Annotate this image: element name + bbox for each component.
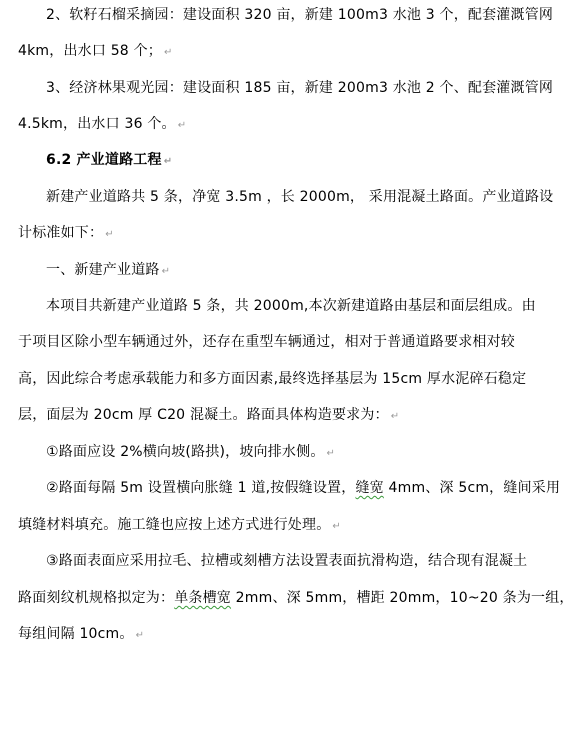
text-line-project-2: 于项目区除小型车辆通过外，还存在重型车辆通过，相对于普通道路要求相对较 <box>18 333 515 351</box>
text-line-req-3-cont: 路面刻纹机规格拟定为：单条槽宽 2mm、深 5mm，槽距 20mm，10~20 … <box>18 589 574 607</box>
line-text: 每组间隔 10cm。 <box>18 626 134 642</box>
paragraph-mark-icon: ↵ <box>105 229 114 240</box>
text-line-req-1: ①路面应设 2%横向坡(路拱)，坡向排水侧。↵ <box>46 443 335 463</box>
line-text: 于项目区除小型车辆通过外，还存在重型车辆通过，相对于普通道路要求相对较 <box>18 334 515 350</box>
line-text: 4km，出水口 58 个； <box>18 43 162 59</box>
paragraph-mark-icon: ↵ <box>327 448 336 459</box>
text-line-req-2-cont: 填缝材料填充。施工缝也应按上述方式进行处理。↵ <box>18 516 341 536</box>
line-text: ②路面每隔 5m 设置横向胀缝 1 道,按假缝设置， <box>46 480 355 496</box>
line-text: 2、软籽石榴采摘园：建设面积 320 亩，新建 100m3 水池 3 个，配套灌… <box>46 7 553 23</box>
line-text: 计标准如下： <box>18 225 103 241</box>
line-text: ③路面表面应采用拉毛、拉槽或刻槽方法设置表面抗滑构造，结合现有混凝土 <box>46 553 527 569</box>
line-text: 4.5km，出水口 36 个。 <box>18 116 176 132</box>
text-line-req-2: ②路面每隔 5m 设置横向胀缝 1 道,按假缝设置，缝宽 4mm、深 5cm，缝… <box>46 479 560 497</box>
line-text: 4mm、深 5cm，缝间采用 <box>384 480 560 496</box>
text-line-garden-2: 2、软籽石榴采摘园：建设面积 320 亩，新建 100m3 水池 3 个，配套灌… <box>46 6 553 24</box>
line-text: 层，面层为 20cm 厚 C20 混凝土。路面具体构造要求为： <box>18 407 389 423</box>
line-text: 2mm、深 5mm，槽距 20mm，10~20 条为一组， <box>231 590 574 606</box>
paragraph-mark-icon: ↵ <box>164 47 173 58</box>
text-line-road-intro: 新建产业道路共 5 条，净宽 3.5m ，长 2000m， 采用混凝土路面。产业… <box>46 188 553 206</box>
text-line-req-3-cont2: 每组间隔 10cm。↵ <box>18 625 144 645</box>
text-line-project-3: 高，因此综合考虑承载能力和多方面因素,最终选择基层为 15cm 厚水泥碎石稳定 <box>18 370 526 388</box>
paragraph-mark-icon: ↵ <box>136 630 145 641</box>
line-text: 新建产业道路共 5 条，净宽 3.5m ，长 2000m， 采用混凝土路面。产业… <box>46 189 553 205</box>
text-line-project-1: 本项目共新建产业道路 5 条，共 2000m,本次新建道路由基层和面层组成。由 <box>46 297 536 315</box>
line-text: 填缝材料填充。施工缝也应按上述方式进行处理。 <box>18 517 330 533</box>
text-line-garden-3: 3、经济林果观光园：建设面积 185 亩，新建 200m3 水池 2 个、配套灌… <box>46 79 553 97</box>
spellcheck-flag[interactable]: 单条槽宽 <box>174 590 231 606</box>
line-text: 一、新建产业道路 <box>46 262 160 278</box>
section-heading-6-2: 6.2 产业道路工程↵ <box>46 151 172 171</box>
line-text: 3、经济林果观光园：建设面积 185 亩，新建 200m3 水池 2 个、配套灌… <box>46 80 553 96</box>
paragraph-mark-icon: ↵ <box>178 120 187 131</box>
line-text: 路面刻纹机规格拟定为： <box>18 590 174 606</box>
line-text: ①路面应设 2%横向坡(路拱)，坡向排水侧。 <box>46 444 325 460</box>
paragraph-mark-icon: ↵ <box>391 411 400 422</box>
text-line-req-3: ③路面表面应采用拉毛、拉槽或刻槽方法设置表面抗滑构造，结合现有混凝土 <box>46 552 527 570</box>
line-text: 高，因此综合考虑承载能力和多方面因素,最终选择基层为 15cm 厚水泥碎石稳定 <box>18 371 526 387</box>
paragraph-mark-icon: ↵ <box>332 521 341 532</box>
text-line-garden-2-cont: 4km，出水口 58 个；↵ <box>18 42 173 62</box>
paragraph-mark-icon: ↵ <box>164 156 173 167</box>
heading-text: 6.2 产业道路工程 <box>46 152 162 168</box>
paragraph-mark-icon: ↵ <box>162 266 171 277</box>
spellcheck-flag[interactable]: 缝宽 <box>355 480 383 496</box>
text-line-road-intro-cont: 计标准如下：↵ <box>18 224 114 244</box>
text-line-garden-3-cont: 4.5km，出水口 36 个。↵ <box>18 115 186 135</box>
subheading-new-road: 一、新建产业道路↵ <box>46 261 170 281</box>
text-line-project-4: 层，面层为 20cm 厚 C20 混凝土。路面具体构造要求为：↵ <box>18 406 399 426</box>
line-text: 本项目共新建产业道路 5 条，共 2000m,本次新建道路由基层和面层组成。由 <box>46 298 536 314</box>
